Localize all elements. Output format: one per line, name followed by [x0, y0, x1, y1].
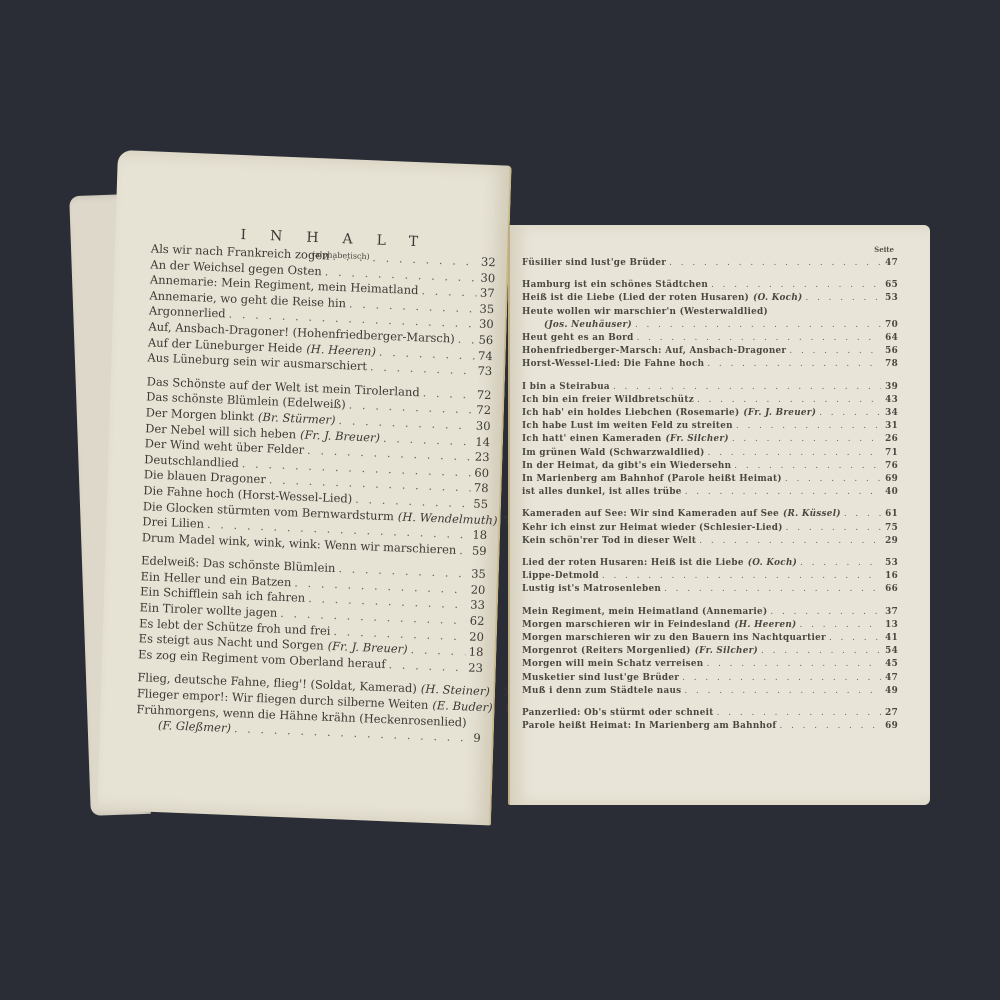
- toc-entry: Heute wollen wir marschier'n (Westerwald…: [522, 306, 898, 319]
- right-toc-list: Füsilier sind lust'ge Brüder47Hamburg is…: [522, 257, 898, 743]
- toc-entry: (Jos. Neuhäuser)70: [522, 319, 898, 332]
- song-author: (Fr. Silcher): [695, 645, 758, 658]
- page-number: 23: [468, 660, 483, 676]
- toc-entry: Heut geht es an Bord64: [522, 332, 898, 345]
- toc-entry: Füsilier sind lust'ge Brüder47: [522, 257, 898, 270]
- toc-entry: ist alles dunkel, ist alles trübe40: [522, 486, 898, 499]
- page-number: 69: [884, 473, 898, 486]
- leader-dots: [800, 619, 881, 632]
- page-number: 45: [884, 658, 898, 671]
- leader-dots: [459, 543, 469, 559]
- song-title: Morgenrot (Reiters Morgenlied): [522, 645, 691, 658]
- song-title: Morgen marschieren wir zu den Bauern ins…: [522, 632, 826, 645]
- song-title: ist alles dunkel, ist alles trübe: [522, 486, 682, 499]
- page-number: 16: [884, 570, 898, 583]
- page-number: 72: [476, 403, 491, 419]
- page-number: 37: [480, 286, 495, 302]
- toc-entry: Morgen marschieren wir in Feindesland(H.…: [522, 619, 898, 632]
- page-number: 71: [884, 447, 898, 460]
- toc-group: Edelweiß: Das schönste Blümlein35Ein Hel…: [138, 554, 486, 677]
- page-number: 78: [884, 358, 898, 371]
- leader-dots: [785, 473, 881, 486]
- page-number: 27: [884, 707, 898, 720]
- toc-entry: Lustig ist's Matrosenleben66: [522, 583, 898, 596]
- page-number: 49: [884, 685, 898, 698]
- leader-dots: [637, 332, 881, 345]
- leader-dots: [732, 433, 881, 446]
- toc-entry: Ich habe Lust im weiten Feld zu streiten…: [522, 420, 898, 433]
- toc-entry: Ich hab' ein holdes Liebchen (Rosemarie)…: [522, 407, 898, 420]
- song-title: Kehr ich einst zur Heimat wieder (Schles…: [522, 522, 783, 535]
- leader-dots: [717, 707, 881, 720]
- page-number: 66: [884, 583, 898, 596]
- song-author: (R. Küssel): [783, 508, 841, 521]
- left-page: INHALT (alphabetisch) Als wir nach Frank…: [97, 150, 511, 825]
- song-title: Ich habe Lust im weiten Feld zu streiten: [522, 420, 733, 433]
- song-author: (F. Gleßmer): [158, 718, 231, 737]
- song-author: (H. Steiner): [421, 682, 490, 700]
- toc-group: I bin a Steirabua39Ich bin ein freier Wi…: [522, 381, 898, 500]
- toc-entry: Morgen marschieren wir zu den Bauern ins…: [522, 632, 898, 645]
- leader-dots: [602, 570, 881, 583]
- leader-dots: [819, 407, 881, 420]
- toc-entry: I bin a Steirabua39: [522, 381, 898, 394]
- song-title: Lippe-Detmold: [522, 570, 599, 583]
- page-number: 14: [475, 434, 490, 450]
- toc-entry: Hamburg ist ein schönes Städtchen65: [522, 279, 898, 292]
- song-title: Heut geht es an Bord: [522, 332, 634, 345]
- page-number: 20: [470, 582, 485, 598]
- toc-entry: Parole heißt Heimat: In Marienberg am Ba…: [522, 720, 898, 733]
- song-title: Morgen marschieren wir in Feindesland: [522, 619, 730, 632]
- page-number: 53: [884, 557, 898, 570]
- leader-dots: [635, 319, 881, 332]
- toc-entry: In Marienberg am Bahnhof (Parole heißt H…: [522, 473, 898, 486]
- page-number: 74: [478, 348, 493, 364]
- leader-dots: [370, 359, 475, 379]
- leader-dots: [707, 358, 881, 371]
- page-number: 26: [884, 433, 898, 446]
- page-number: 30: [479, 317, 494, 333]
- toc-entry: Muß i denn zum Städtele naus49: [522, 685, 898, 698]
- song-author: (H. Heeren): [734, 619, 796, 632]
- toc-entry: Lippe-Detmold16: [522, 570, 898, 583]
- song-title: Parole heißt Heimat: In Marienberg am Ba…: [522, 720, 776, 733]
- leader-dots: [779, 720, 881, 733]
- song-title: Mein Regiment, mein Heimatland (Annemari…: [522, 606, 767, 619]
- toc-entry: Panzerlied: Ob's stürmt oder schneit27: [522, 707, 898, 720]
- toc-group: Lied der roten Husaren: Heiß ist die Lie…: [522, 557, 898, 597]
- page-number: 53: [884, 292, 898, 305]
- song-title: Muß i denn zum Städtele naus: [522, 685, 681, 698]
- song-title: I bin a Steirabua: [522, 381, 610, 394]
- toc-entry: Hohenfriedberger-Marsch: Auf, Ansbach-Dr…: [522, 345, 898, 358]
- song-title: Panzerlied: Ob's stürmt oder schneit: [522, 707, 714, 720]
- toc-group: Füsilier sind lust'ge Brüder47: [522, 257, 898, 270]
- leader-dots: [684, 685, 881, 698]
- leader-dots: [770, 606, 881, 619]
- page-number: 75: [884, 522, 898, 535]
- song-title: Musketier sind lust'ge Brüder: [522, 672, 679, 685]
- leader-dots: [388, 657, 465, 676]
- page-number: 29: [884, 535, 898, 548]
- page-number: 61: [884, 508, 898, 521]
- page-number: 40: [884, 486, 898, 499]
- page-number: 18: [469, 645, 484, 661]
- page-number: 20: [469, 629, 484, 645]
- leader-dots: [800, 557, 881, 570]
- leader-dots: [682, 672, 881, 685]
- page-number: 56: [884, 345, 898, 358]
- song-title: Kein schön'rer Tod in dieser Welt: [522, 535, 696, 548]
- page-number: 35: [471, 567, 486, 583]
- song-title: Ich bin ein freier Wildbretschütz: [522, 394, 694, 407]
- page-number: 33: [470, 598, 485, 614]
- song-author: (Fr. Silcher): [666, 433, 729, 446]
- song-title: Hamburg ist ein schönes Städtchen: [522, 279, 708, 292]
- toc-entry: Ich bin ein freier Wildbretschütz43: [522, 394, 898, 407]
- toc-entry: Morgen will mein Schatz verreisen45: [522, 658, 898, 671]
- song-title: Füsilier sind lust'ge Brüder: [522, 257, 666, 270]
- leader-dots: [707, 658, 882, 671]
- toc-entry: Im grünen Wald (Schwarzwaldlied)71: [522, 447, 898, 460]
- song-title: Lustig ist's Matrosenleben: [522, 583, 661, 596]
- page-number: 13: [884, 619, 898, 632]
- song-title: Horst-Wessel-Lied: Die Fahne hoch: [522, 358, 704, 371]
- toc-entry: Ich hatt' einen Kameraden(Fr. Silcher)26: [522, 433, 898, 446]
- page-number: 62: [469, 614, 484, 630]
- song-title: In Marienberg am Bahnhof (Parole heißt H…: [522, 473, 782, 486]
- song-title: Hohenfriedberger-Marsch: Auf, Ansbach-Dr…: [522, 345, 786, 358]
- toc-group: Als wir nach Frankreich zogen32An der We…: [147, 241, 496, 380]
- song-title: Ich hatt' einen Kameraden: [522, 433, 662, 446]
- page-number: 78: [474, 481, 489, 497]
- toc-group: Hamburg ist ein schönes Städtchen65Heiß …: [522, 279, 898, 371]
- toc-group: Mein Regiment, mein Heimatland (Annemari…: [522, 606, 898, 698]
- page-number: 43: [884, 394, 898, 407]
- song-title: Heute wollen wir marschier'n (Westerwald…: [522, 306, 768, 319]
- seite-label: Seite: [874, 245, 894, 254]
- song-author: (O. Koch): [753, 292, 802, 305]
- leader-dots: [789, 345, 881, 358]
- toc-group: Kameraden auf See: Wir sind Kameraden au…: [522, 508, 898, 548]
- toc-entry: Heiß ist die Liebe (Lied der roten Husar…: [522, 292, 898, 305]
- leader-dots: [699, 535, 881, 548]
- leader-dots: [664, 583, 881, 596]
- leader-dots: [669, 257, 881, 270]
- page-number: 47: [884, 257, 898, 270]
- page-number: 70: [884, 319, 898, 332]
- toc-entry: Kameraden auf See: Wir sind Kameraden au…: [522, 508, 898, 521]
- leader-dots: [711, 279, 881, 292]
- leader-dots: [829, 632, 881, 645]
- leader-dots: [786, 522, 881, 535]
- leader-dots: [761, 645, 881, 658]
- page-number: 47: [884, 672, 898, 685]
- song-title: Im grünen Wald (Schwarzwaldlied): [522, 447, 705, 460]
- leader-dots: [685, 486, 881, 499]
- leader-dots: [734, 460, 881, 473]
- toc-entry: Horst-Wessel-Lied: Die Fahne hoch78: [522, 358, 898, 371]
- song-title: In der Heimat, da gibt's ein Wiedersehn: [522, 460, 731, 473]
- page-number: 9: [466, 731, 480, 747]
- page-number: 23: [475, 450, 490, 466]
- leader-dots: [697, 394, 881, 407]
- right-page: Seite Füsilier sind lust'ge Brüder47Hamb…: [508, 225, 930, 805]
- toc-entry: Musketier sind lust'ge Brüder47: [522, 672, 898, 685]
- page-number: 39: [884, 381, 898, 394]
- leader-dots: [844, 508, 881, 521]
- left-toc-list: Als wir nach Frankreich zogen32An der We…: [135, 241, 495, 754]
- toc-entry: Kehr ich einst zur Heimat wieder (Schles…: [522, 522, 898, 535]
- toc-entry: Mein Regiment, mein Heimatland (Annemari…: [522, 606, 898, 619]
- page-number: 34: [884, 407, 898, 420]
- toc-group: Panzerlied: Ob's stürmt oder schneit27Pa…: [522, 707, 898, 733]
- page-number: 18: [472, 528, 487, 544]
- toc-entry: Morgenrot (Reiters Morgenlied)(Fr. Silch…: [522, 645, 898, 658]
- song-author: (O. Koch): [748, 557, 797, 570]
- song-title: Morgen will mein Schatz verreisen: [522, 658, 704, 671]
- page-number: 56: [478, 333, 493, 349]
- leader-dots: [806, 292, 882, 305]
- song-author: (Jos. Neuhäuser): [544, 319, 632, 332]
- toc-entry: In der Heimat, da gibt's ein Wiedersehn7…: [522, 460, 898, 473]
- page-number: 76: [884, 460, 898, 473]
- page-number: 60: [474, 465, 489, 481]
- toc-entry: Lied der roten Husaren: Heiß ist die Lie…: [522, 557, 898, 570]
- song-title: Ich hab' ein holdes Liebchen (Rosemarie): [522, 407, 739, 420]
- page-number: 59: [472, 543, 487, 559]
- leader-dots: [736, 420, 881, 433]
- song-title: Kameraden auf See: Wir sind Kameraden au…: [522, 508, 779, 521]
- page-number: 32: [481, 255, 496, 271]
- page-number: 54: [884, 645, 898, 658]
- leader-dots: [457, 332, 475, 348]
- page-number: 64: [884, 332, 898, 345]
- page-number: 30: [480, 270, 495, 286]
- toc-group: Das Schönste auf der Welt ist mein Tirol…: [142, 374, 492, 559]
- page-number: 73: [477, 364, 492, 380]
- page-number: 69: [884, 720, 898, 733]
- toc-entry: Kein schön'rer Tod in dieser Welt29: [522, 535, 898, 548]
- song-title: Lied der roten Husaren: Heiß ist die Lie…: [522, 557, 744, 570]
- song-title: Heiß ist die Liebe (Lied der roten Husar…: [522, 292, 749, 305]
- page-number: 65: [884, 279, 898, 292]
- song-author: (Fr. J. Breuer): [743, 407, 816, 420]
- leader-dots: [613, 381, 881, 394]
- leader-dots: [708, 447, 881, 460]
- page-number: 37: [884, 606, 898, 619]
- page-number: 41: [884, 632, 898, 645]
- page-number: 31: [884, 420, 898, 433]
- toc-group: Flieg, deutsche Fahne, flieg'! (Soldat, …: [136, 671, 483, 747]
- page-number: 72: [477, 387, 492, 403]
- page-number: 35: [479, 301, 494, 317]
- page-number: 30: [476, 419, 491, 435]
- page-number: 55: [473, 496, 488, 512]
